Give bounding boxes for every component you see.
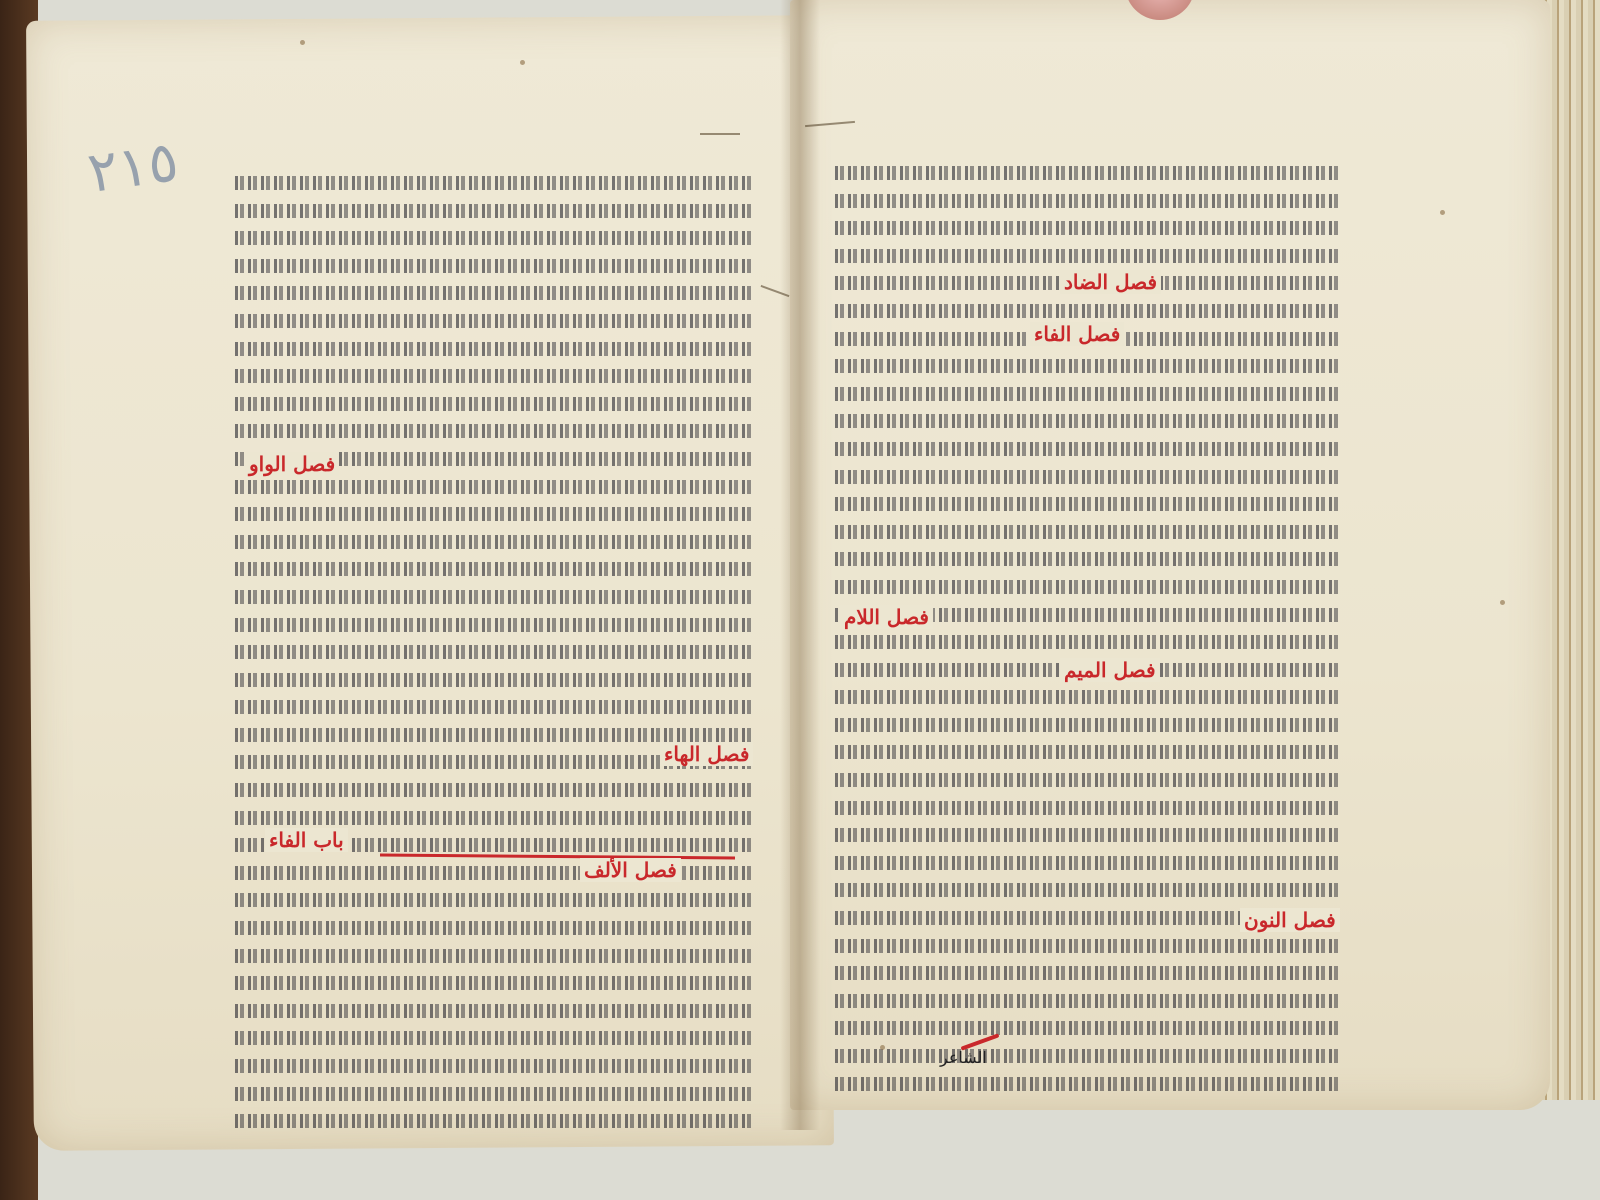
rubric-heading: فصل الميم: [1060, 658, 1160, 682]
script-line: [235, 584, 755, 610]
script-line: [235, 1053, 755, 1079]
script-line: [235, 694, 755, 720]
script-line: [835, 767, 1340, 793]
script-line: [835, 160, 1340, 186]
rubric-heading: فصل الهاء: [660, 742, 753, 766]
script-line: [835, 712, 1340, 738]
script-line: [235, 474, 755, 500]
script-line: [235, 363, 755, 389]
script-line: [235, 501, 755, 527]
script-line: [835, 1071, 1340, 1097]
script-line: [835, 546, 1340, 572]
script-line: [235, 308, 755, 334]
folio-number: ٢١٥: [84, 129, 182, 206]
rubric-heading: باب الفاء: [265, 828, 348, 852]
rubric-heading: فصل النون: [1240, 908, 1340, 932]
script-line: [835, 381, 1340, 407]
rubric-heading: فصل اللام: [840, 605, 933, 629]
script-line: [235, 529, 755, 555]
script-line: [835, 436, 1340, 462]
script-line: [835, 519, 1340, 545]
script-line: [235, 998, 755, 1024]
script-line: [835, 739, 1340, 765]
script-line: [835, 464, 1340, 490]
rubric-heading: فصل الواو: [245, 452, 339, 476]
script-line: [235, 612, 755, 638]
script-line: [835, 795, 1340, 821]
catchword: الشاعر: [940, 1048, 987, 1067]
script-line: [835, 243, 1340, 269]
script-line: [835, 988, 1340, 1014]
script-line: [835, 933, 1340, 959]
script-line: [835, 188, 1340, 214]
script-line: [835, 960, 1340, 986]
script-line: [835, 574, 1340, 600]
paper-stain: [300, 40, 305, 45]
paper-stain: [1500, 600, 1505, 605]
script-line: [235, 970, 755, 996]
script-line: [235, 805, 755, 831]
paper-stain: [880, 1045, 885, 1050]
script-line: [835, 822, 1340, 848]
script-line: [835, 684, 1340, 710]
left-text-block: [235, 170, 755, 1136]
script-line: [235, 253, 755, 279]
script-line: [835, 353, 1340, 379]
script-line: [235, 170, 755, 196]
script-line: [235, 1025, 755, 1051]
script-line: [835, 298, 1340, 324]
paper-stain: [1440, 210, 1445, 215]
script-line: [835, 877, 1340, 903]
book-gutter: [780, 0, 820, 1130]
rubric-heading: فصل الفاء: [1030, 322, 1124, 346]
script-line: [835, 215, 1340, 241]
script-line: [235, 336, 755, 362]
script-line: [235, 915, 755, 941]
script-line: [235, 280, 755, 306]
script-line: [235, 887, 755, 913]
script-line: [235, 1108, 755, 1134]
script-line: [835, 1015, 1340, 1041]
script-line: [235, 391, 755, 417]
rubric-heading: فصل الألف: [580, 858, 681, 882]
script-line: [235, 667, 755, 693]
script-line: [235, 943, 755, 969]
script-line: [235, 418, 755, 444]
script-line: [235, 198, 755, 224]
script-line: [235, 639, 755, 665]
script-line: [235, 1081, 755, 1107]
script-line: [835, 408, 1340, 434]
paper-crack: [700, 133, 740, 135]
script-line: [235, 556, 755, 582]
script-line: [835, 491, 1340, 517]
right-text-block: [835, 160, 1340, 1098]
paper-stain: [520, 60, 525, 65]
script-line: [835, 629, 1340, 655]
script-line: [235, 777, 755, 803]
rubric-heading: فصل الضاد: [1060, 270, 1161, 294]
script-line: [235, 225, 755, 251]
script-line: [835, 1043, 1340, 1069]
script-line: [835, 850, 1340, 876]
